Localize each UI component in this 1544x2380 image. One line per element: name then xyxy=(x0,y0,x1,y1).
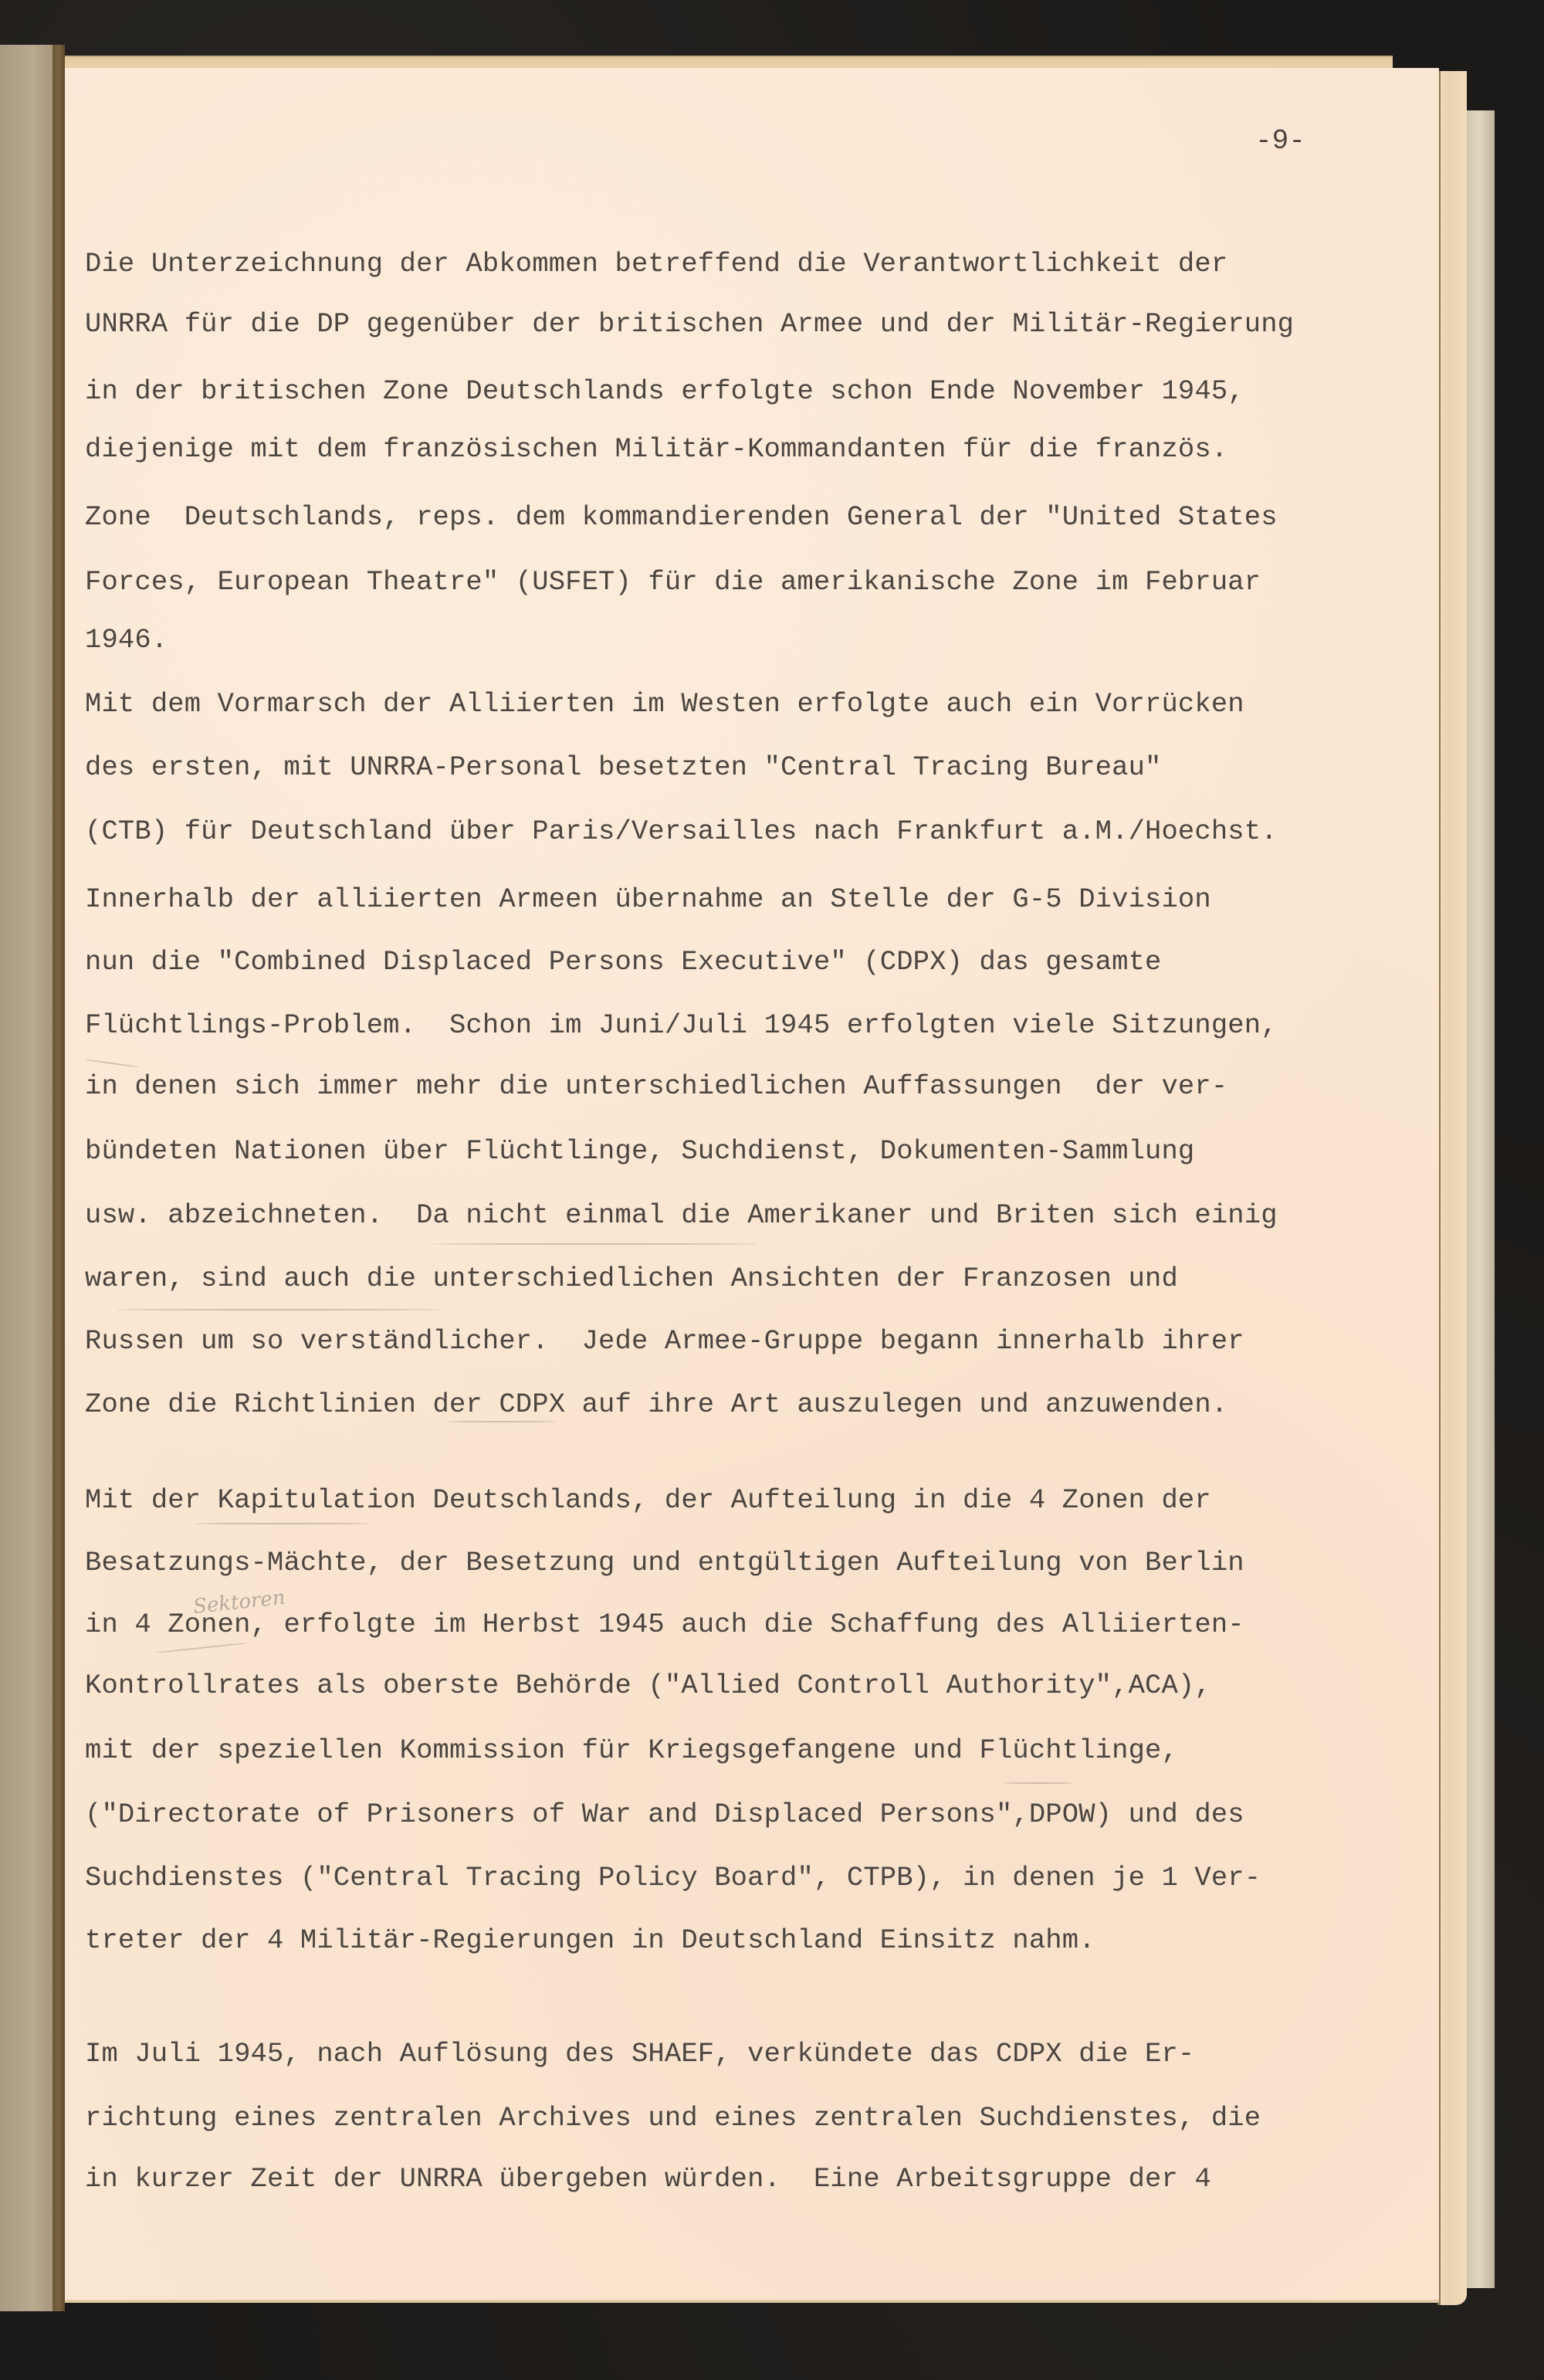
pencil-underline xyxy=(432,1243,757,1245)
text-line: 1946. xyxy=(85,625,168,656)
stacked-page-edges xyxy=(1437,71,1467,2305)
text-line: diejenige mit dem französischen Militär-… xyxy=(85,434,1227,465)
text-line: richtung eines zentralen Archives und ei… xyxy=(85,2103,1261,2134)
pencil-underline xyxy=(116,1309,440,1310)
text-line: in kurzer Zeit der UNRRA übergeben würde… xyxy=(85,2164,1211,2195)
text-line: (CTB) für Deutschland über Paris/Versail… xyxy=(85,816,1278,847)
page-number: -9- xyxy=(1255,125,1305,157)
text-line: Forces, European Theatre" (USFET) für di… xyxy=(85,567,1261,598)
text-line: UNRRA für die DP gegenüber der britische… xyxy=(85,309,1294,340)
text-line: Zone Deutschlands, reps. dem kommandiere… xyxy=(85,502,1278,533)
text-line: Suchdienstes ("Central Tracing Policy Bo… xyxy=(85,1863,1261,1893)
text-line: Die Unterzeichnung der Abkommen betreffe… xyxy=(85,249,1227,280)
text-line: Besatzungs-Mächte, der Besetzung und ent… xyxy=(85,1548,1244,1578)
text-line: Mit der Kapitulation Deutschlands, der A… xyxy=(85,1485,1211,1516)
text-line: Russen um so verständlicher. Jede Armee-… xyxy=(85,1326,1244,1357)
text-line: Innerhalb der alliierten Armeen übernahm… xyxy=(85,884,1211,915)
text-line: ("Directorate of Prisoners of War and Di… xyxy=(85,1799,1244,1830)
right-sheet-strip xyxy=(1465,110,1495,2288)
text-line: bündeten Nationen über Flüchtlinge, Such… xyxy=(85,1136,1194,1167)
text-line: in denen sich immer mehr die unterschied… xyxy=(85,1071,1227,1102)
book-spine xyxy=(52,45,65,2311)
text-line: Kontrollrates als oberste Behörde ("Alli… xyxy=(85,1670,1211,1701)
text-line: in 4 Zonen, erfolgte im Herbst 1945 auch… xyxy=(85,1609,1244,1640)
left-page-edge xyxy=(0,45,56,2311)
text-line: Im Juli 1945, nach Auflösung des SHAEF, … xyxy=(85,2039,1194,2070)
text-line: in der britischen Zone Deutschlands erfo… xyxy=(85,376,1244,407)
text-line: des ersten, mit UNRRA-Personal besetzten… xyxy=(85,752,1161,783)
text-line: nun die "Combined Displaced Persons Exec… xyxy=(85,947,1161,978)
text-line: Flüchtlings-Problem. Schon im Juni/Juli … xyxy=(85,1010,1278,1041)
text-line: Mit dem Vormarsch der Alliierten im West… xyxy=(85,689,1244,720)
text-line: treter der 4 Militär-Regierungen in Deut… xyxy=(85,1925,1095,1956)
text-line: mit der speziellen Kommission für Kriegs… xyxy=(85,1735,1178,1766)
text-line: Zone die Richtlinien der CDPX auf ihre A… xyxy=(85,1389,1227,1420)
pencil-underline xyxy=(448,1421,556,1422)
pencil-underline xyxy=(1004,1782,1073,1784)
text-line: usw. abzeichneten. Da nicht einmal die A… xyxy=(85,1200,1278,1231)
pencil-underline xyxy=(193,1523,371,1524)
text-line: waren, sind auch die unterschiedlichen A… xyxy=(85,1263,1178,1294)
